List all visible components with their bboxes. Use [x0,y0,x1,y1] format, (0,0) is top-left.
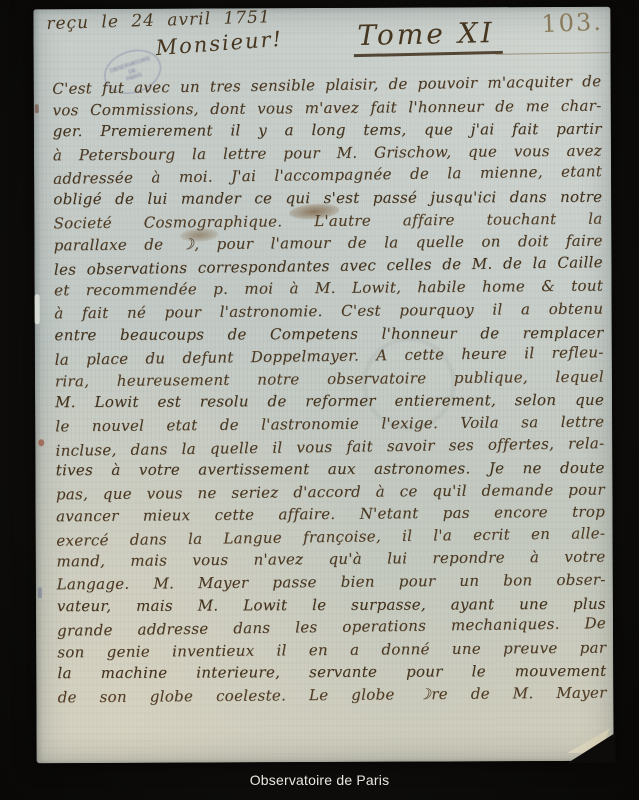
manuscript-line: de son globe coeleste. Le globe ☽re de M… [58,684,607,711]
manuscript-line: tives à votre avertissement aux astronom… [56,459,605,484]
manuscript-line: la machine interieure, servante pour le … [57,662,606,687]
page-number-underline [496,52,610,55]
paper-edge-mark [38,439,44,446]
archive-photo: reçu le 24 avril 1751 Monsieur! Tome XI … [0,0,639,800]
manuscript-page: reçu le 24 avril 1751 Monsieur! Tome XI … [33,7,613,764]
manuscript-line: Langage. M. Mayer passe bien pour un bon… [57,571,606,598]
manuscript-line: à fait né pour l'astronomie. C'est pourq… [54,300,603,327]
paper-edge-mark [38,587,42,598]
paper-edge-notch [35,294,40,324]
letter-body: C'est fut avec un tres sensible plaisir,… [52,74,606,711]
corner-shadow [568,733,616,763]
manuscript-line: ger. Premierement il y a long tems, que … [53,120,602,145]
page-number: 103. [541,8,603,38]
manuscript-line: M. Lowit est resolu de reformer entierem… [55,391,604,416]
salutation: Monsieur! [155,27,284,60]
paper-edge-mark [35,104,39,113]
photo-caption: Observatoire de Paris [0,772,639,788]
manuscript-line: obligé de lui mander ce qui s'est passé … [53,188,602,213]
volume-label: Tome XI [353,16,503,57]
